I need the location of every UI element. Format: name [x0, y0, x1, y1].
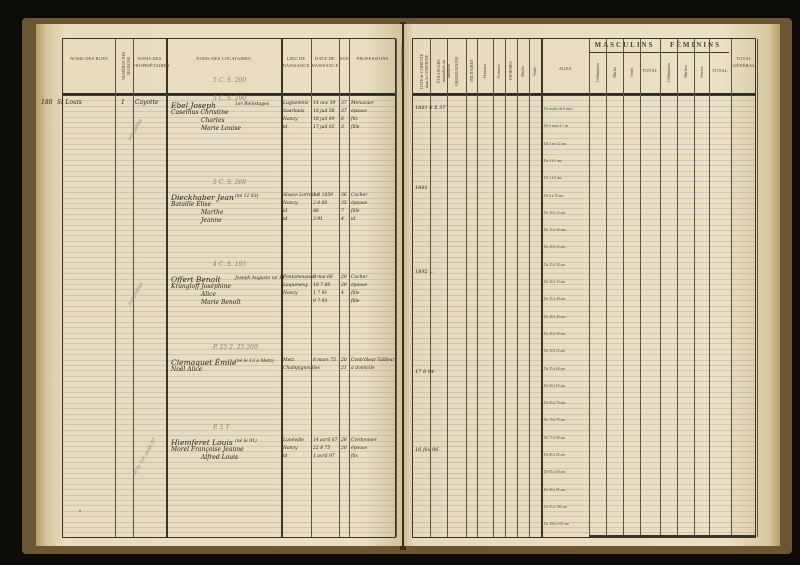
profession: Cordonnier [351, 438, 377, 443]
ruled-line [63, 246, 395, 247]
birthplace: Lugnomme [283, 101, 309, 106]
person-name: Bataille Élise [171, 201, 211, 208]
ruled-line [413, 235, 755, 236]
ruled-line [63, 295, 395, 296]
person-note: (né le 91) [235, 439, 257, 444]
ages-header: AGES [541, 65, 589, 72]
ruled-line [413, 511, 755, 512]
ruled-line [413, 370, 755, 371]
ruled-line [413, 500, 755, 501]
column-header-rue: NOMS des RUES [63, 55, 115, 62]
ruled-line [413, 262, 755, 263]
age-bracket-label: De 6 mois à 1 an [544, 124, 568, 128]
ruled-line [413, 322, 755, 323]
column-divider [589, 39, 590, 537]
ruled-line [63, 311, 395, 312]
ruled-line [63, 397, 395, 398]
age-bracket-label: De 45 à 50 ans [544, 332, 565, 336]
ruled-line [413, 176, 755, 177]
ruled-line [63, 144, 395, 145]
age-bracket-label: De 100 à 105 ans [544, 522, 569, 526]
total-row-label: Total [563, 547, 571, 552]
birthdate: 17 juil 92 [313, 125, 335, 130]
profession: fille [351, 299, 360, 304]
person-name: Alfred Louis [201, 454, 238, 461]
column-header-fem: Femmes [496, 53, 501, 89]
ruled-line [413, 257, 755, 258]
ruled-line [63, 338, 395, 339]
age-bracket-label: De 40 à 45 ans [544, 315, 565, 319]
ruled-line [413, 306, 755, 307]
column-divider [640, 39, 641, 537]
profession: fille [351, 209, 360, 214]
column-header-obs: OBSERVATIONS [454, 53, 459, 89]
person-note: Joseph Auguste né 14 [235, 276, 285, 281]
age-bracket-label: De 35 à 40 ans [544, 297, 565, 301]
ruled-line [413, 516, 755, 517]
column-divider [606, 39, 607, 537]
birthdate: 3 91 [313, 217, 323, 222]
column-divider [660, 39, 661, 537]
age-bracket-label: De 55 à 60 ans [544, 367, 565, 371]
column-header-lieu: LIEU de NAISSANCE [281, 55, 311, 69]
age-bracket-label: De 85 à 90 ans [544, 470, 565, 474]
ruled-line [63, 171, 395, 172]
ruled-line [413, 424, 755, 425]
ruled-line [63, 414, 395, 415]
age: 20 [341, 446, 347, 451]
ruled-line [63, 138, 395, 139]
page-dot: • [79, 509, 81, 515]
profession: fille [351, 125, 360, 130]
birthplace: Nancy [283, 117, 298, 122]
ruled-line [63, 235, 395, 236]
ruled-line [413, 95, 755, 96]
ruled-line [413, 181, 755, 182]
ruled-line [63, 516, 395, 517]
age: 21 [341, 366, 347, 371]
ruled-line [413, 198, 755, 199]
ruled-line [63, 252, 395, 253]
ruled-line [413, 165, 755, 166]
household-tally: P. 5 T [213, 424, 229, 431]
right-page: DATE de l'ARRIVÉE dans la COMMUNEÉTRANGE… [404, 24, 780, 546]
column-header-num: NUMÉROS DES MAISONS [121, 45, 131, 87]
age: 37 [341, 109, 347, 114]
feminin-subheader: Célibataires [666, 57, 671, 87]
birthplace: Nancy [283, 446, 298, 451]
age: 37 [341, 101, 347, 106]
ruled-line [413, 295, 755, 296]
column-divider [709, 39, 710, 537]
birthplace: id [283, 217, 287, 222]
person-note: 1er Reinstages [235, 102, 269, 107]
ruled-line [63, 214, 395, 215]
ruled-line [413, 505, 755, 506]
birthdate: 8 mars 75 [313, 358, 336, 363]
column-header-age: AGE [339, 55, 349, 62]
ruled-line [413, 241, 755, 242]
ruled-line [413, 462, 755, 463]
column-divider [541, 39, 543, 537]
totals-separator [589, 535, 755, 537]
ruled-line [413, 268, 755, 269]
column-divider [529, 39, 530, 537]
ruled-line [413, 138, 755, 139]
birthdate: 1 7 91 [313, 291, 327, 296]
ruled-line [413, 144, 755, 145]
masculin-subheader: Veufs [629, 57, 634, 87]
profession: à domicile [351, 366, 374, 371]
ruled-line [413, 403, 755, 404]
group-underline [589, 52, 729, 53]
ruled-line [413, 300, 755, 301]
group-header-feminin: FÉMININS [660, 42, 731, 49]
birthdate: 1 8 1859 [313, 193, 333, 198]
ruled-line [63, 392, 395, 393]
ruled-line [63, 208, 395, 209]
ruled-line [413, 473, 755, 474]
age-bracket-label: De 60 à 65 ans [544, 384, 565, 388]
birthplace: Nancy [283, 291, 298, 296]
household-tally: 5 C. S. 200 [213, 95, 246, 102]
column-divider [166, 39, 168, 537]
street-number: 188 [41, 99, 52, 106]
column-divider [623, 39, 624, 537]
ruled-line [413, 279, 755, 280]
person-name: Jeanne [201, 217, 222, 224]
ruled-line [63, 257, 395, 258]
ruled-line [413, 133, 755, 134]
ruled-line [63, 505, 395, 506]
ruled-line [413, 327, 755, 328]
ruled-line [413, 397, 755, 398]
column-divider [115, 39, 116, 537]
column-header-date: DATE de NAISSANCE [311, 55, 339, 69]
age-bracket-label: De 95 à 100 ans [544, 505, 567, 509]
age: 3 [341, 125, 344, 130]
birthplace: Saarlouis [283, 109, 304, 114]
age: 20 [341, 358, 347, 363]
age: 36 [341, 193, 347, 198]
ruled-line [63, 187, 395, 188]
birthplace: id [283, 209, 287, 214]
ruled-line [413, 387, 755, 388]
age: 29 [341, 275, 347, 280]
ruled-line [413, 149, 755, 150]
ruled-line [63, 473, 395, 474]
ruled-line [413, 192, 755, 193]
left-page: NOMS des RUESNUMÉROS DES MAISONSNOMS des… [36, 24, 402, 546]
left-header-row [63, 39, 395, 96]
household-tally: P. 25 2. 25 200 [213, 344, 258, 351]
ruled-line [413, 489, 755, 490]
ruled-line [413, 360, 755, 361]
column-divider [694, 39, 695, 537]
birthplace: id [283, 125, 287, 130]
ruled-line [413, 532, 755, 533]
ruled-line [413, 376, 755, 377]
ruled-line [413, 527, 755, 528]
column-divider [447, 39, 448, 537]
ruled-line [413, 484, 755, 485]
ruled-line [413, 225, 755, 226]
person-name: Marie Benoît [201, 299, 241, 306]
profession: épouse [351, 201, 367, 206]
person-name: Morel Françoise Jeanne [171, 446, 244, 453]
ruled-line [63, 527, 395, 528]
ruled-line [413, 122, 755, 123]
profession: Cocher [351, 193, 367, 198]
profession: épouse [351, 446, 367, 451]
birthdate: 14 avril 67 [313, 438, 338, 443]
column-header-mil: MILITAIRES [469, 53, 474, 89]
ruled-line [413, 419, 755, 420]
age-bracket-label: De 5 à 6 ans [544, 176, 562, 180]
ruled-line [63, 230, 395, 231]
age-bracket-label: De 25 à 30 ans [544, 263, 565, 267]
ruled-line [63, 495, 395, 496]
ruled-line [413, 230, 755, 231]
ruled-line [63, 408, 395, 409]
ruled-line [413, 284, 755, 285]
column-divider [396, 39, 397, 537]
ruled-line [413, 343, 755, 344]
ruled-line [63, 149, 395, 150]
person-name: Noël Alice [171, 366, 202, 373]
birthdate: 3 mai 66 [313, 275, 333, 280]
column-divider [505, 39, 506, 537]
column-divider [339, 39, 340, 537]
birthplace: Champigneulles [283, 366, 320, 371]
birthdate: 88 [313, 209, 319, 214]
birthdate: 22 8 75 [313, 446, 330, 451]
ruled-line [413, 219, 755, 220]
age-bracket-label: De 10 à 15 ans [544, 211, 565, 215]
ruled-line [63, 219, 395, 220]
age-bracket-label: De moins de 6 mois [544, 107, 573, 111]
column-divider [731, 39, 732, 537]
ruled-line [413, 208, 755, 209]
ruled-line [413, 435, 755, 436]
column-divider [477, 39, 478, 537]
column-header-prof: PROFESSIONS [349, 55, 396, 62]
birthdate: 18 7 66 [313, 283, 330, 288]
header-tally-note: 5 C. S. 200 [213, 77, 246, 84]
ruled-line [413, 522, 755, 523]
ruled-line [63, 381, 395, 382]
ruled-line [413, 457, 755, 458]
person-name: Alice [201, 291, 216, 298]
profession: épouse [351, 109, 367, 114]
ruled-line [413, 451, 755, 452]
ruled-line [63, 478, 395, 479]
ruled-line [413, 365, 755, 366]
age-bracket-label: De 30 à 35 ans [544, 280, 565, 284]
person-note: (né 11 83) [235, 194, 258, 199]
ruled-line [63, 489, 395, 490]
ruled-line [63, 462, 395, 463]
age: 4 [341, 217, 344, 222]
ruled-line [63, 316, 395, 317]
profession: fils [351, 117, 358, 122]
ruled-line [63, 133, 395, 134]
ruled-line [413, 338, 755, 339]
ruled-line [413, 289, 755, 290]
column-header-v: Veufs [532, 53, 537, 89]
age: 28 [341, 438, 347, 443]
ruled-line [63, 122, 395, 123]
ruled-line [413, 111, 755, 112]
column-divider [757, 39, 758, 537]
ruled-line [63, 160, 395, 161]
age-bracket-label: De 20 à 25 ans [544, 245, 565, 249]
ruled-line [413, 100, 755, 101]
ruled-line [413, 354, 755, 355]
ruled-line [413, 106, 755, 107]
ruled-line [63, 403, 395, 404]
column-divider [493, 39, 494, 537]
ruled-line [413, 392, 755, 393]
profession: Contrôleur Tailleur [351, 358, 395, 363]
left-register-table: NOMS des RUESNUMÉROS DES MAISONSNOMS des… [62, 38, 396, 538]
ruled-line [413, 478, 755, 479]
age: 29 [341, 283, 347, 288]
ruled-line [413, 246, 755, 247]
ruled-line [413, 203, 755, 204]
birthdate: 1 avril 97 [313, 454, 335, 459]
ruled-line [413, 430, 755, 431]
ruled-line [63, 532, 395, 533]
profession: fils [351, 454, 358, 459]
birthplace: id [283, 454, 287, 459]
age-bracket-label: De 15 à 20 ans [544, 228, 565, 232]
column-header-loc: NOMS DES LOCATAIRES [166, 55, 281, 62]
age-bracket-label: De 1 an à 2 ans [544, 142, 566, 146]
birthdate: 18 juil 89 [313, 117, 335, 122]
person-name: Caselhus Christine [171, 109, 229, 116]
ruled-line [63, 154, 395, 155]
street-name: St Louis [57, 99, 82, 106]
ruled-line [63, 333, 395, 334]
age-bracket-label: De 2 à 5 ans [544, 159, 562, 163]
ruled-line [413, 446, 755, 447]
age: 4 [341, 291, 344, 296]
feminin-subheader: Veuves [699, 57, 704, 87]
ruled-line [413, 160, 755, 161]
person-note: (né le 13 à Metz) [235, 359, 274, 364]
ruled-line [413, 468, 755, 469]
person-name: Marie Louise [201, 125, 241, 132]
ruled-line [63, 522, 395, 523]
column-divider [430, 39, 431, 537]
column-header-inf: INFIRMES [508, 53, 513, 89]
birthplace: Metz [283, 358, 294, 363]
ruled-line [63, 387, 395, 388]
ruled-line [413, 154, 755, 155]
column-header-prop: NOMS des PROPRIÉTAIRES [133, 55, 166, 69]
ruled-line [63, 117, 395, 118]
age-bracket-label: De 90 à 95 ans [544, 488, 565, 492]
birthplace: Nancy [283, 201, 298, 206]
age-bracket-label: De 75 à 80 ans [544, 436, 565, 440]
feminin-subheader: TOTAL [709, 67, 731, 74]
arrival-date: 1881 [415, 185, 428, 191]
house-number: 1 [121, 99, 125, 106]
ruled-line [413, 127, 755, 128]
masculin-subheader: Célibataires [595, 57, 600, 87]
column-header-m: Mariés [520, 53, 525, 89]
column-divider [133, 39, 134, 537]
ruled-line [413, 214, 755, 215]
ruled-line [413, 408, 755, 409]
person-name: Charles [201, 117, 224, 124]
ruled-line [63, 225, 395, 226]
profession: id [351, 217, 355, 222]
birthplace: Laquenexy [283, 283, 308, 288]
birthdate: 18 juil 58 [313, 109, 335, 114]
feminin-subheader: Mariées [683, 57, 688, 87]
ruled-line [63, 419, 395, 420]
birthplace: Pontamousson [283, 275, 316, 280]
birthdate: 2 8 60 [313, 201, 327, 206]
ruled-line [413, 117, 755, 118]
ruled-line [413, 171, 755, 172]
column-divider [349, 39, 350, 537]
column-header-cert: ÉTRANGERS naturalisés ou autorisés [436, 53, 451, 89]
ruled-line [63, 322, 395, 323]
ruled-line [413, 414, 755, 415]
owner-name: Cayotte [135, 99, 159, 106]
column-header-arr: DATE de l'ARRIVÉE dans la COMMUNE [419, 53, 429, 89]
ruled-line [413, 252, 755, 253]
ruled-line [413, 441, 755, 442]
ruled-line [413, 333, 755, 334]
arrival-date: 16 fév 96 [415, 447, 439, 453]
arrival-date: 1892 ... [415, 269, 434, 275]
masculin-subheader: TOTAL [640, 67, 660, 74]
age-bracket-label: De 80 à 85 ans [544, 453, 565, 457]
household-tally: 4 C. S. 195 [213, 261, 246, 268]
right-register-table: DATE de l'ARRIVÉE dans la COMMUNEÉTRANGE… [412, 38, 756, 538]
ruled-line [413, 349, 755, 350]
age-bracket-label: De 50 à 55 ans [544, 349, 565, 353]
ruled-line [413, 273, 755, 274]
profession: fille [351, 291, 360, 296]
birthdate: 9 7 93 [313, 299, 327, 304]
ruled-line [413, 311, 755, 312]
ruled-line [63, 354, 395, 355]
masculin-subheader: Mariés [612, 57, 617, 87]
profession: Cocher [351, 275, 367, 280]
column-divider [466, 39, 467, 537]
ruled-line [413, 316, 755, 317]
ruled-line [413, 187, 755, 188]
group-header-total: TOTAL GÉNÉRAL [731, 55, 757, 69]
birthdate: 14 nov 59 [313, 101, 335, 106]
ruled-line [63, 241, 395, 242]
column-divider [517, 39, 518, 537]
person-name: Krangloff Joséphine [171, 283, 231, 290]
group-header-masculin: MASCULINS [589, 42, 660, 49]
age: 35 [341, 201, 347, 206]
column-header-hom: Hommes [482, 53, 487, 89]
household-tally: 5 C. S. 208 [213, 179, 246, 186]
age-bracket-label: De 70 à 75 ans [544, 418, 565, 422]
ruled-line [63, 468, 395, 469]
ruled-line [413, 381, 755, 382]
person-name: Marthe [201, 209, 223, 216]
